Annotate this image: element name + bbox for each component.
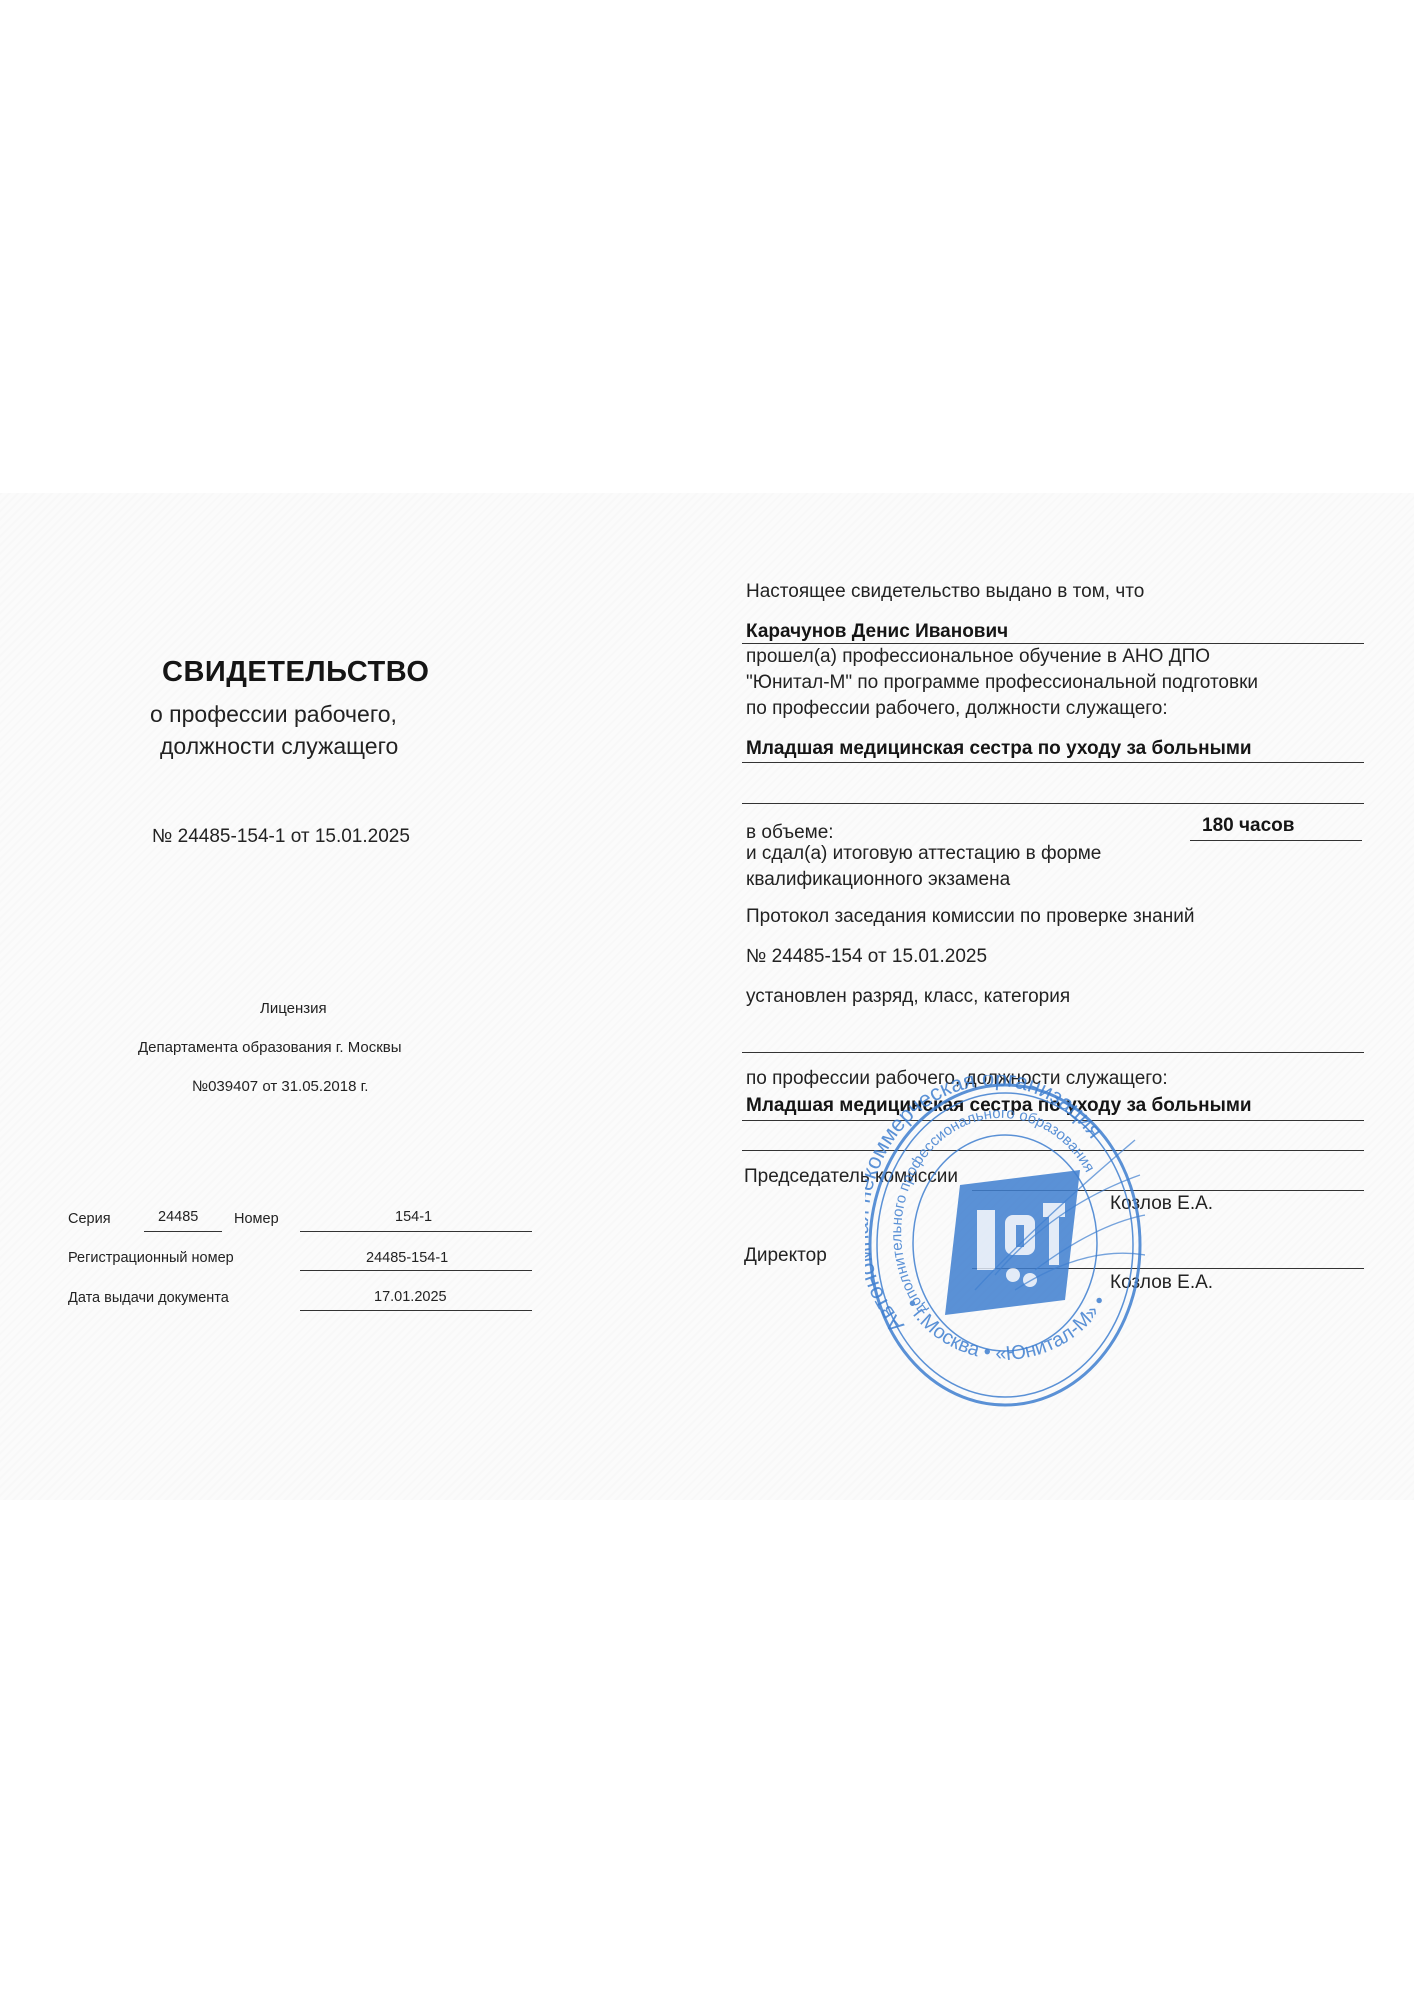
intro-text: Настоящее свидетельство выдано в том, чт… xyxy=(746,581,1144,603)
protocol-line2: № 24485-154 от 15.01.2025 xyxy=(746,946,987,968)
recipient-name: Карачунов Денис Иванович xyxy=(746,621,1008,643)
issue-date-value: 17.01.2025 xyxy=(374,1289,447,1305)
exam-line1: и сдал(а) итоговую аттестацию в форме xyxy=(746,843,1101,865)
director-label: Директор xyxy=(744,1245,827,1267)
number-value: 154-1 xyxy=(395,1209,432,1225)
volume-underline xyxy=(1190,840,1362,841)
number-label: Номер xyxy=(234,1211,279,1227)
director-signature-line xyxy=(972,1268,1364,1269)
certificate-scan xyxy=(0,493,1414,1500)
training-line2: "Юнитал-М" по программе профессиональной… xyxy=(746,672,1258,694)
profession-name-2: Младшая медицинская сестра по уходу за б… xyxy=(746,1095,1252,1117)
grade-label: установлен разряд, класс, категория xyxy=(746,986,1070,1008)
license-number: №039407 от 31.05.2018 г. xyxy=(192,1078,368,1095)
issue-date-label: Дата выдачи документа xyxy=(68,1290,229,1306)
training-line1: прошел(а) профессиональное обучение в АН… xyxy=(746,646,1210,668)
issue-date-underline xyxy=(300,1310,532,1311)
profession-underline xyxy=(742,762,1364,763)
certificate-subtitle-line1: о профессии рабочего, xyxy=(150,701,397,728)
volume-label: в объеме: xyxy=(746,822,834,844)
series-label: Серия xyxy=(68,1211,111,1227)
director-name: Козлов Е.А. xyxy=(1110,1272,1213,1294)
reg-number-value: 24485-154-1 xyxy=(366,1250,448,1266)
training-line3: по профессии рабочего, должности служаще… xyxy=(746,698,1168,720)
grade-underline xyxy=(742,1052,1364,1053)
number-underline xyxy=(300,1231,532,1232)
series-value: 24485 xyxy=(158,1209,198,1225)
reg-number-underline xyxy=(300,1270,532,1271)
license-heading: Лицензия xyxy=(260,1000,327,1017)
profession-2-underline xyxy=(742,1120,1364,1121)
exam-line2: квалификационного экзамена xyxy=(746,869,1010,891)
profession-label-2: по профессии рабочего, должности служаще… xyxy=(746,1068,1168,1090)
profession-name: Младшая медицинская сестра по уходу за б… xyxy=(746,738,1252,760)
certificate-title: СВИДЕТЕЛЬСТВО xyxy=(162,656,429,689)
blank-line-2 xyxy=(742,1150,1364,1151)
protocol-line1: Протокол заседания комиссии по проверке … xyxy=(746,906,1194,928)
name-underline xyxy=(742,643,1364,644)
certificate-subtitle-line2: должности служащего xyxy=(160,733,398,760)
chairman-name: Козлов Е.А. xyxy=(1110,1193,1213,1215)
reg-number-label: Регистрационный номер xyxy=(68,1250,234,1266)
blank-line-1 xyxy=(742,803,1364,804)
license-issuer: Департамента образования г. Москвы xyxy=(138,1039,402,1056)
series-underline xyxy=(144,1231,222,1232)
chairman-label: Председатель комиссии xyxy=(744,1166,958,1188)
volume-value: 180 часов xyxy=(1202,815,1294,837)
certificate-number: № 24485-154-1 от 15.01.2025 xyxy=(152,826,410,848)
chairman-signature-line xyxy=(972,1190,1364,1191)
